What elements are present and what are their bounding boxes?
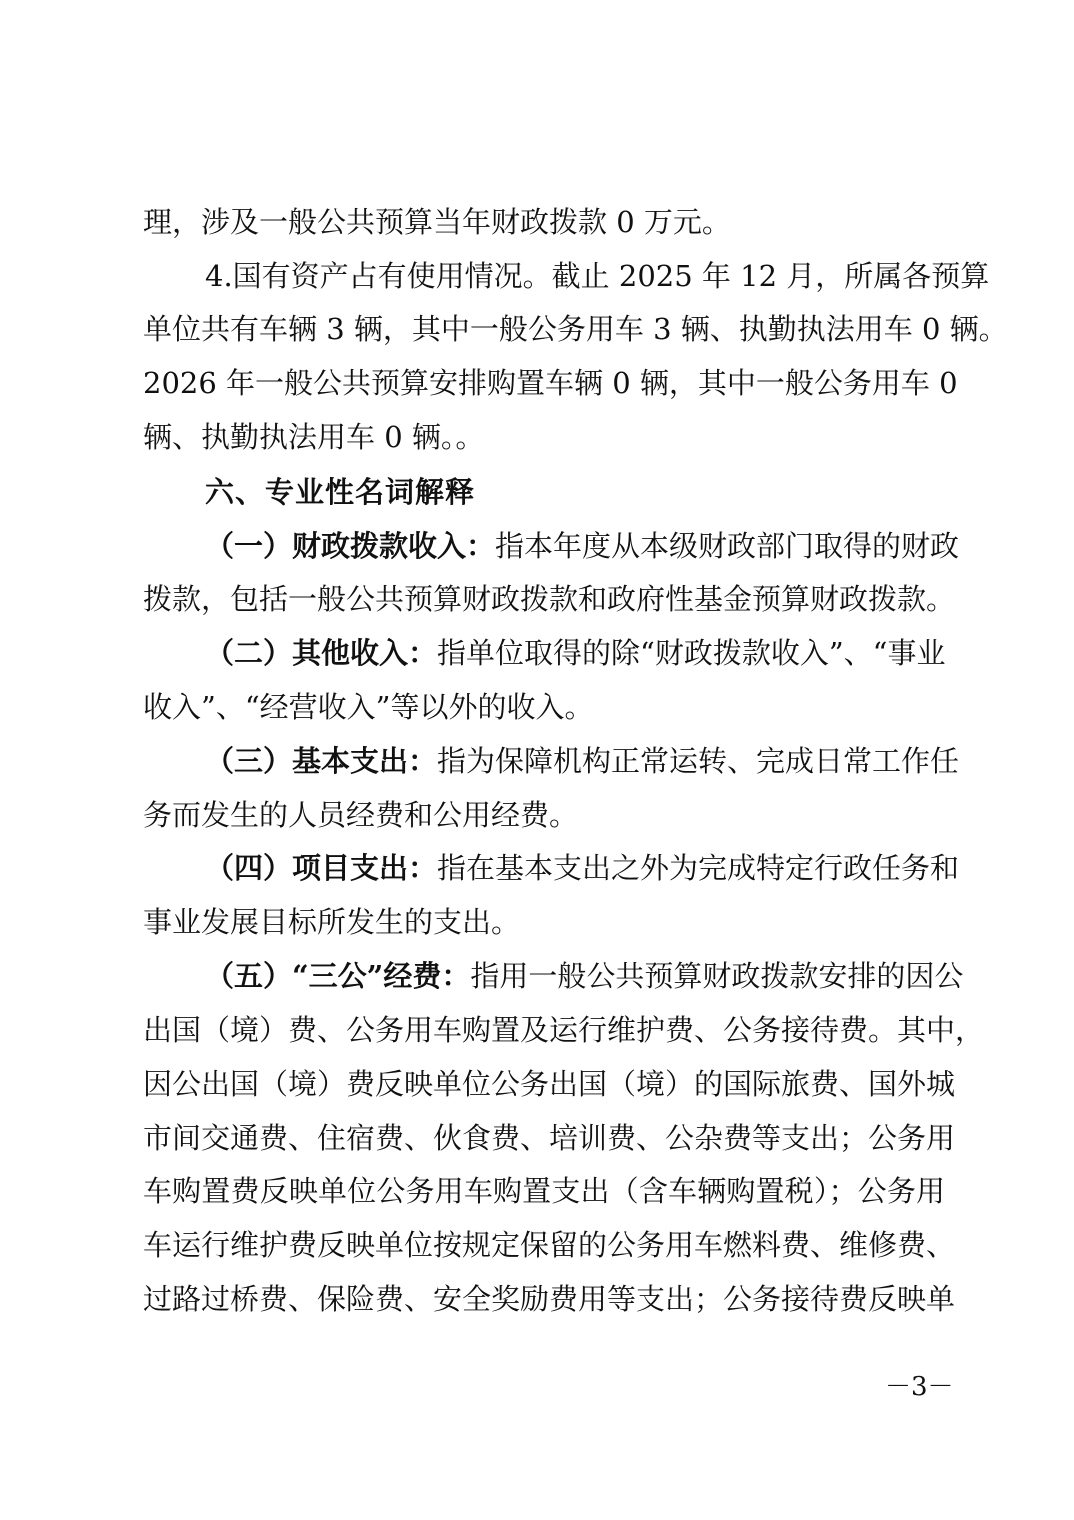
definition-line: 收入”、“经营收入”等以外的收入。 <box>143 687 945 727</box>
paragraph-line: 理，涉及一般公共预算当年财政拨款 0 万元。 <box>143 202 945 242</box>
definition-first-line: （三）基本支出：指为保障机构正常运转、完成日常工作任 <box>205 741 945 781</box>
paragraph-line: 2026 年一般公共预算安排购置车辆 0 辆，其中一般公务用车 0 <box>143 363 945 403</box>
definition-term: （五）“三公”经费： <box>205 959 470 993</box>
definition-line: 市间交通费、住宿费、伙食费、培训费、公杂费等支出；公务用 <box>143 1118 945 1158</box>
definition-line: 车购置费反映单位公务用车购置支出（含车辆购置税）；公务用 <box>143 1171 945 1211</box>
definition-first-line: （二）其他收入：指单位取得的除“财政拨款收入”、“事业 <box>205 633 945 673</box>
definition-line: 拨款，包括一般公共预算财政拨款和政府性基金预算财政拨款。 <box>143 579 945 619</box>
definition-line: 车运行维护费反映单位按规定保留的公务用车燃料费、维修费、 <box>143 1225 945 1265</box>
definition-text: 指单位取得的除“财政拨款收入”、“事业 <box>437 636 945 670</box>
definition-text: 指为保障机构正常运转、完成日常工作任 <box>437 744 959 778</box>
definition-text: 指在基本支出之外为完成特定行政任务和 <box>437 851 959 885</box>
definition-term: （三）基本支出： <box>205 744 437 778</box>
paragraph-line: 单位共有车辆 3 辆，其中一般公务用车 3 辆、执勤执法用车 0 辆。 <box>143 309 945 349</box>
definition-line: 务而发生的人员经费和公用经费。 <box>143 795 945 835</box>
definition-term: （四）项目支出： <box>205 851 437 885</box>
paragraph-line: 辆、执勤执法用车 0 辆。。 <box>143 417 945 457</box>
definition-line: 事业发展目标所发生的支出。 <box>143 902 945 942</box>
definition-line: 出国（境）费、公务用车购置及运行维护费、公务接待费。其中， <box>143 1010 945 1050</box>
definition-line: 过路过桥费、保险费、安全奖励费用等支出；公务接待费反映单 <box>143 1279 945 1319</box>
document-page: 理，涉及一般公共预算当年财政拨款 0 万元。 4.国有资产占有使用情况。截止 2… <box>0 0 1074 1520</box>
section-heading: 六、专业性名词解释 <box>205 472 945 512</box>
definition-line: 因公出国（境）费反映单位公务出国（境）的国际旅费、国外城 <box>143 1064 945 1104</box>
definition-text: 指本年度从本级财政部门取得的财政 <box>495 529 959 563</box>
page-number: －3－ <box>885 1370 954 1404</box>
paragraph-line: 4.国有资产占有使用情况。截止 2025 年 12 月，所属各预算 <box>205 256 945 296</box>
definition-term: （一）财政拨款收入： <box>205 529 495 563</box>
definition-first-line: （一）财政拨款收入：指本年度从本级财政部门取得的财政 <box>205 526 945 566</box>
definition-text: 指用一般公共预算财政拨款安排的因公 <box>470 959 963 993</box>
definition-first-line: （五）“三公”经费：指用一般公共预算财政拨款安排的因公 <box>205 956 945 996</box>
definition-term: （二）其他收入： <box>205 636 437 670</box>
definition-first-line: （四）项目支出：指在基本支出之外为完成特定行政任务和 <box>205 848 945 888</box>
